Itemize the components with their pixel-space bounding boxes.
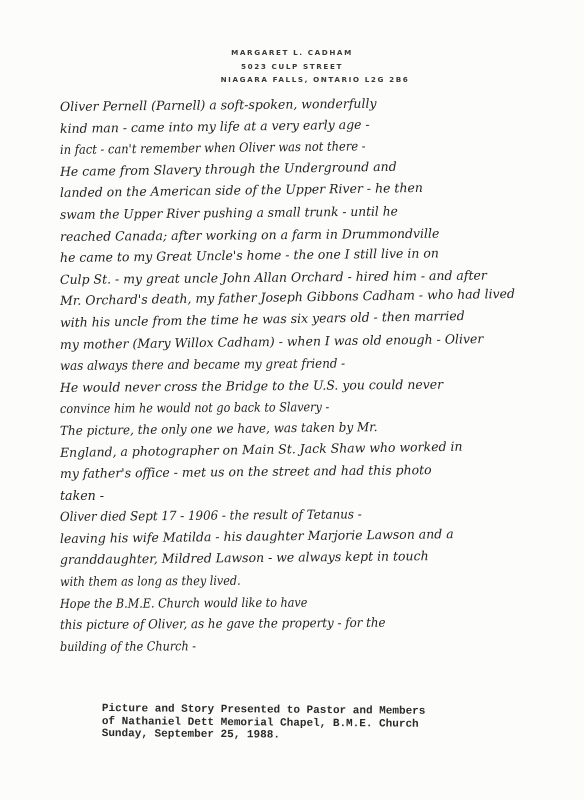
letter-page: MARGARET L. CADHAM 5023 CULP STREET NIAG… xyxy=(0,0,584,800)
letterhead-city: NIAGARA FALLS, ONTARIO L2G 2B6 xyxy=(0,73,584,87)
handwritten-letter-body: Oliver Pernell (Parnell) a soft-spoken, … xyxy=(60,96,560,657)
handwritten-line: with them as long as they lived. xyxy=(60,568,506,593)
handwritten-line: my father's office - met us on the stree… xyxy=(60,458,555,485)
handwritten-line: granddaughter, Mildred Lawson - we alway… xyxy=(60,544,555,571)
letterhead-street: 5023 CULP STREET xyxy=(0,60,584,74)
typed-caption: Picture and Story Presented to Pastor an… xyxy=(102,703,542,744)
letterhead: MARGARET L. CADHAM 5023 CULP STREET NIAG… xyxy=(0,46,584,87)
handwritten-line: this picture of Oliver, as he gave the p… xyxy=(60,611,530,636)
caption-line: Sunday, September 25, 1988. xyxy=(102,728,542,744)
handwritten-line: building of the Church - xyxy=(60,634,506,658)
letterhead-name: MARGARET L. CADHAM xyxy=(0,46,584,60)
